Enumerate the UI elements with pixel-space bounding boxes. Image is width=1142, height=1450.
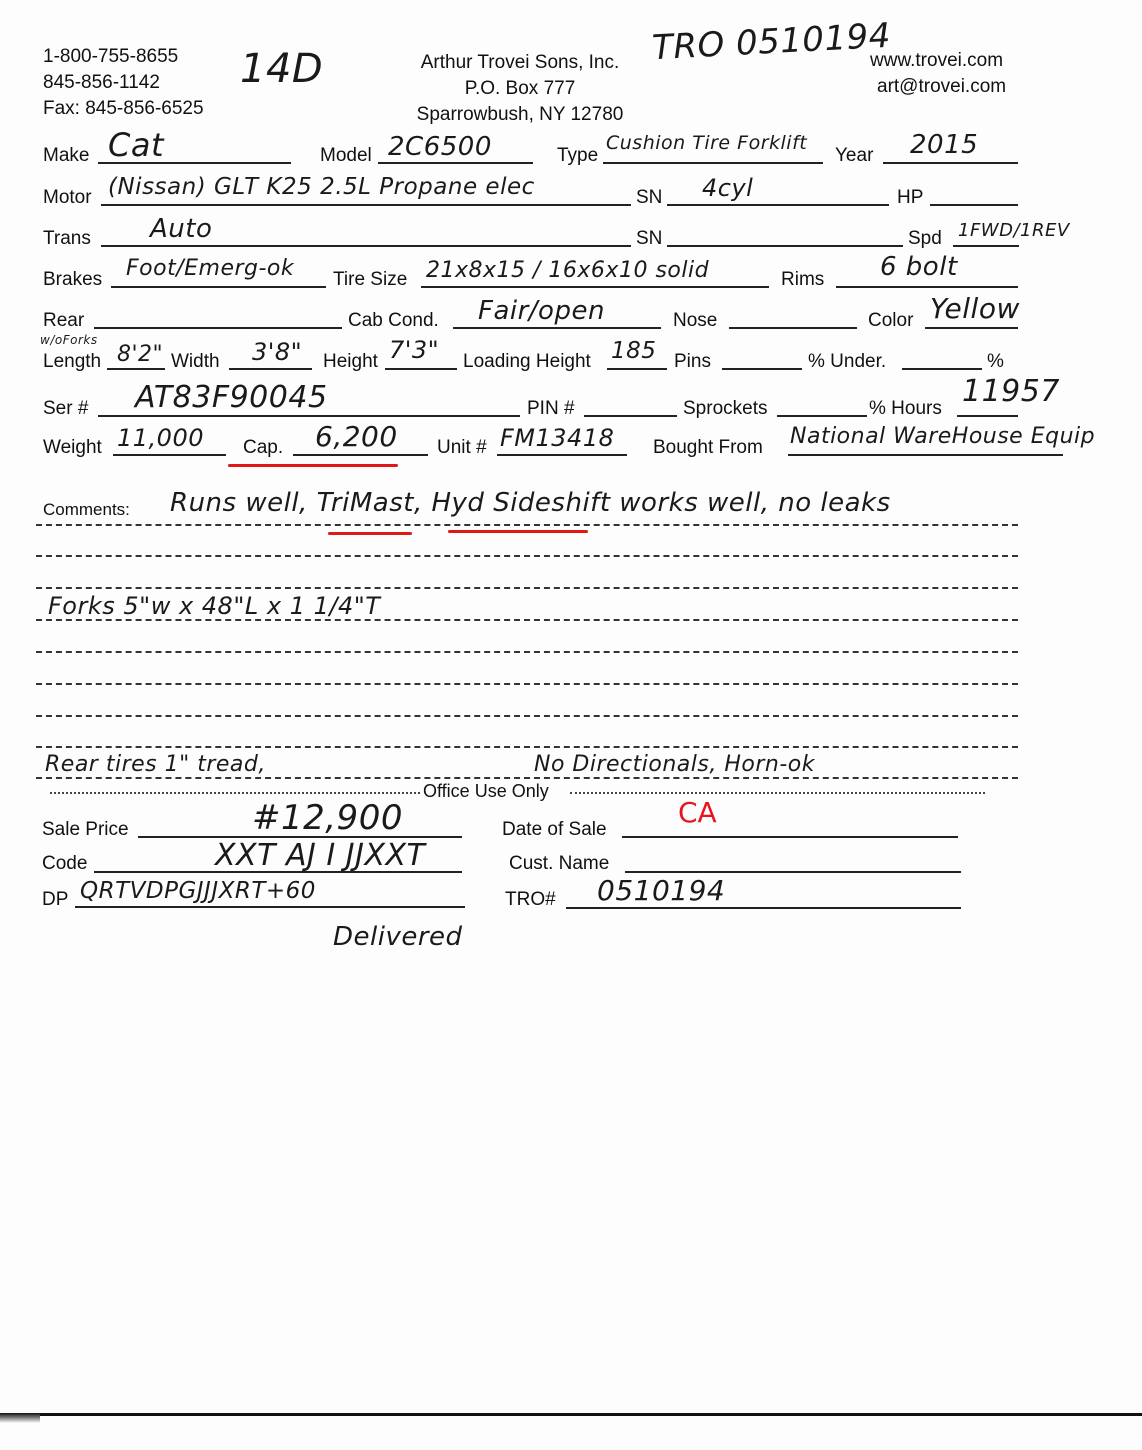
trans-sn-label: SN (636, 228, 662, 250)
comment-rule-4[interactable] (36, 619, 1018, 621)
height-label: Height (323, 351, 378, 373)
type-value: Cushion Tire Forklift (606, 132, 807, 154)
pin-field-line[interactable] (584, 415, 677, 417)
weight-label: Weight (43, 437, 102, 459)
unit-field-line[interactable] (497, 454, 627, 456)
tro-field-line[interactable] (566, 907, 961, 909)
comment-line-4: Forks 5"w x 48"L x 1 1/4"T (48, 592, 380, 620)
comment-rule-6[interactable] (36, 683, 1018, 685)
height-field-line[interactable] (385, 368, 457, 370)
weight-value: 11,000 (117, 424, 204, 452)
trans-value: Auto (150, 214, 212, 244)
color-value: Yellow (930, 292, 1020, 325)
tire-size-field-line[interactable] (421, 286, 769, 288)
bought-from-value: National WareHouse Equip (790, 424, 1095, 449)
make-label: Make (43, 145, 89, 167)
width-label: Width (171, 351, 220, 373)
dp-field-line[interactable] (75, 906, 465, 908)
motor-sn-value: 4cyl (702, 174, 753, 202)
rims-value: 6 bolt (880, 252, 958, 282)
code-label: Code (42, 853, 87, 875)
comment-rule-5[interactable] (36, 651, 1018, 653)
model-field-line[interactable] (378, 162, 533, 164)
cap-red-underline (228, 464, 398, 467)
nose-field-line[interactable] (729, 327, 857, 329)
weight-field-line[interactable] (113, 454, 226, 456)
unit-label: Unit # (437, 437, 487, 459)
length-value: 8'2" (117, 342, 163, 367)
ser-value: AT83F90045 (135, 380, 328, 415)
pin-label: PIN # (527, 398, 575, 420)
nose-label: Nose (673, 310, 717, 332)
motor-sn-label: SN (636, 187, 662, 209)
bought-from-label: Bought From (653, 437, 763, 459)
comments-label: Comments: (43, 500, 130, 520)
motor-label: Motor (43, 187, 92, 209)
cust-name-field-line[interactable] (625, 871, 961, 873)
brakes-label: Brakes (43, 269, 102, 291)
rims-label: Rims (781, 269, 824, 291)
po-box: P.O. Box 777 (395, 78, 645, 100)
scan-page-edge (0, 1413, 1142, 1416)
pct-hours-label: % Hours (869, 398, 942, 420)
comment-line-8a: Rear tires 1" tread, (45, 752, 266, 777)
code-value: XXT AJ I JJXXT (215, 838, 425, 873)
tro-label: TRO# (505, 889, 556, 911)
pins-label: Pins (674, 351, 711, 373)
dp-label: DP (42, 889, 68, 911)
trimast-red-underline (328, 532, 412, 535)
length-field-line[interactable] (107, 368, 165, 370)
pct-hours-value: 11957 (962, 374, 1060, 409)
cap-label: Cap. (243, 437, 283, 459)
cab-cond-field-line[interactable] (453, 327, 661, 329)
comment-rule-2[interactable] (36, 555, 1018, 557)
cab-cond-value: Fair/open (478, 296, 605, 326)
handwritten-note-14d: 14D (240, 46, 323, 92)
comment-rule-1[interactable] (36, 524, 1018, 526)
company-address: Arthur Trovei Sons, Inc. P.O. Box 777 Sp… (395, 52, 645, 126)
loading-height-label: Loading Height (463, 351, 591, 373)
ca-stamp: CA (678, 796, 717, 829)
width-field-line[interactable] (229, 368, 312, 370)
rear-label: Rear (43, 310, 84, 332)
length-label: Length (43, 351, 101, 373)
cap-value: 6,200 (315, 420, 398, 453)
loading-height-field-line[interactable] (607, 368, 667, 370)
type-field-line[interactable] (603, 162, 823, 164)
date-of-sale-field-line[interactable] (622, 836, 958, 838)
tire-size-label: Tire Size (333, 269, 407, 291)
pins-field-line[interactable] (722, 368, 802, 370)
motor-field-line[interactable] (101, 204, 631, 206)
motor-value: (Nissan) GLT K25 2.5L Propane elec (108, 174, 535, 200)
hp-field-line[interactable] (930, 204, 1018, 206)
height-value: 7'3" (389, 336, 439, 364)
model-value: 2C6500 (388, 132, 492, 162)
sprockets-label: Sprockets (683, 398, 767, 420)
trans-field-line[interactable] (101, 245, 631, 247)
sale-price-value: #12,900 (252, 798, 403, 838)
brakes-value: Foot/Emerg-ok (126, 256, 294, 281)
color-field-line[interactable] (925, 327, 1018, 329)
cap-field-line[interactable] (293, 454, 428, 456)
cust-name-label: Cust. Name (509, 853, 609, 875)
pct-under-suffix: % (987, 351, 1004, 373)
comment-rule-7[interactable] (36, 715, 1018, 717)
year-label: Year (835, 145, 873, 167)
rear-field-line[interactable] (94, 327, 342, 329)
pct-under-field-line[interactable] (902, 368, 982, 370)
width-value: 3'8" (252, 338, 302, 366)
ser-label: Ser # (43, 398, 88, 420)
phone-local: 845-856-1142 (43, 72, 160, 94)
scan-page-corner-shadow (0, 1413, 40, 1423)
office-use-title: Office Use Only (423, 781, 549, 802)
ser-field-line[interactable] (98, 415, 520, 417)
website-link[interactable]: www.trovei.com (870, 50, 1003, 72)
bought-from-field-line[interactable] (788, 454, 1063, 456)
cab-cond-label: Cab Cond. (348, 310, 439, 332)
color-label: Color (868, 310, 913, 332)
spd-field-line[interactable] (953, 245, 1019, 247)
comment-rule-3[interactable] (36, 587, 1018, 589)
trans-label: Trans (43, 228, 91, 250)
loading-height-value: 185 (611, 338, 656, 364)
comment-line-1: Runs well, TriMast, Hyd Sideshift works … (170, 488, 891, 518)
hp-label: HP (897, 187, 923, 209)
tro-value: 0510194 (597, 874, 725, 907)
sale-price-label: Sale Price (42, 819, 129, 841)
office-rule-right (570, 792, 985, 794)
pct-hours-field-line[interactable] (957, 415, 1018, 417)
phone-tollfree: 1-800-755-8655 (43, 46, 178, 68)
spd-label: Spd (908, 228, 942, 250)
spd-value: 1FWD/1REV (958, 220, 1070, 241)
company-name: Arthur Trovei Sons, Inc. (395, 52, 645, 74)
tire-size-value: 21x8x15 / 16x6x10 solid (426, 258, 709, 283)
sprockets-field-line[interactable] (777, 415, 867, 417)
pct-under-label: % Under. (808, 351, 886, 373)
delivered-note: Delivered (333, 922, 463, 952)
brakes-field-line[interactable] (111, 286, 326, 288)
year-value: 2015 (910, 130, 978, 160)
dp-value: QRTVDPGJJJXRT+60 (80, 878, 316, 904)
year-field-line[interactable] (883, 162, 1018, 164)
comment-rule-8[interactable] (36, 746, 1018, 748)
unit-value: FM13418 (500, 424, 614, 452)
motor-sn-field-line[interactable] (667, 204, 889, 206)
trans-sn-field-line[interactable] (667, 245, 903, 247)
length-note: w/oForks (40, 333, 98, 347)
comment-line-8b: No Directionals, Horn-ok (534, 752, 815, 777)
rims-field-line[interactable] (836, 286, 1018, 288)
sideshift-red-underline (448, 530, 588, 533)
make-value: Cat (108, 126, 164, 164)
type-label: Type (557, 145, 598, 167)
model-label: Model (320, 145, 372, 167)
city-state-zip: Sparrowbush, NY 12780 (395, 104, 645, 126)
fax-number: Fax: 845-856-6525 (43, 98, 204, 120)
handwritten-tro-number: TRO 0510194 (651, 16, 892, 68)
date-of-sale-label: Date of Sale (502, 819, 607, 841)
comment-rule-9[interactable] (36, 777, 1018, 779)
email-link[interactable]: art@trovei.com (877, 76, 1006, 98)
office-rule-left (50, 792, 420, 794)
